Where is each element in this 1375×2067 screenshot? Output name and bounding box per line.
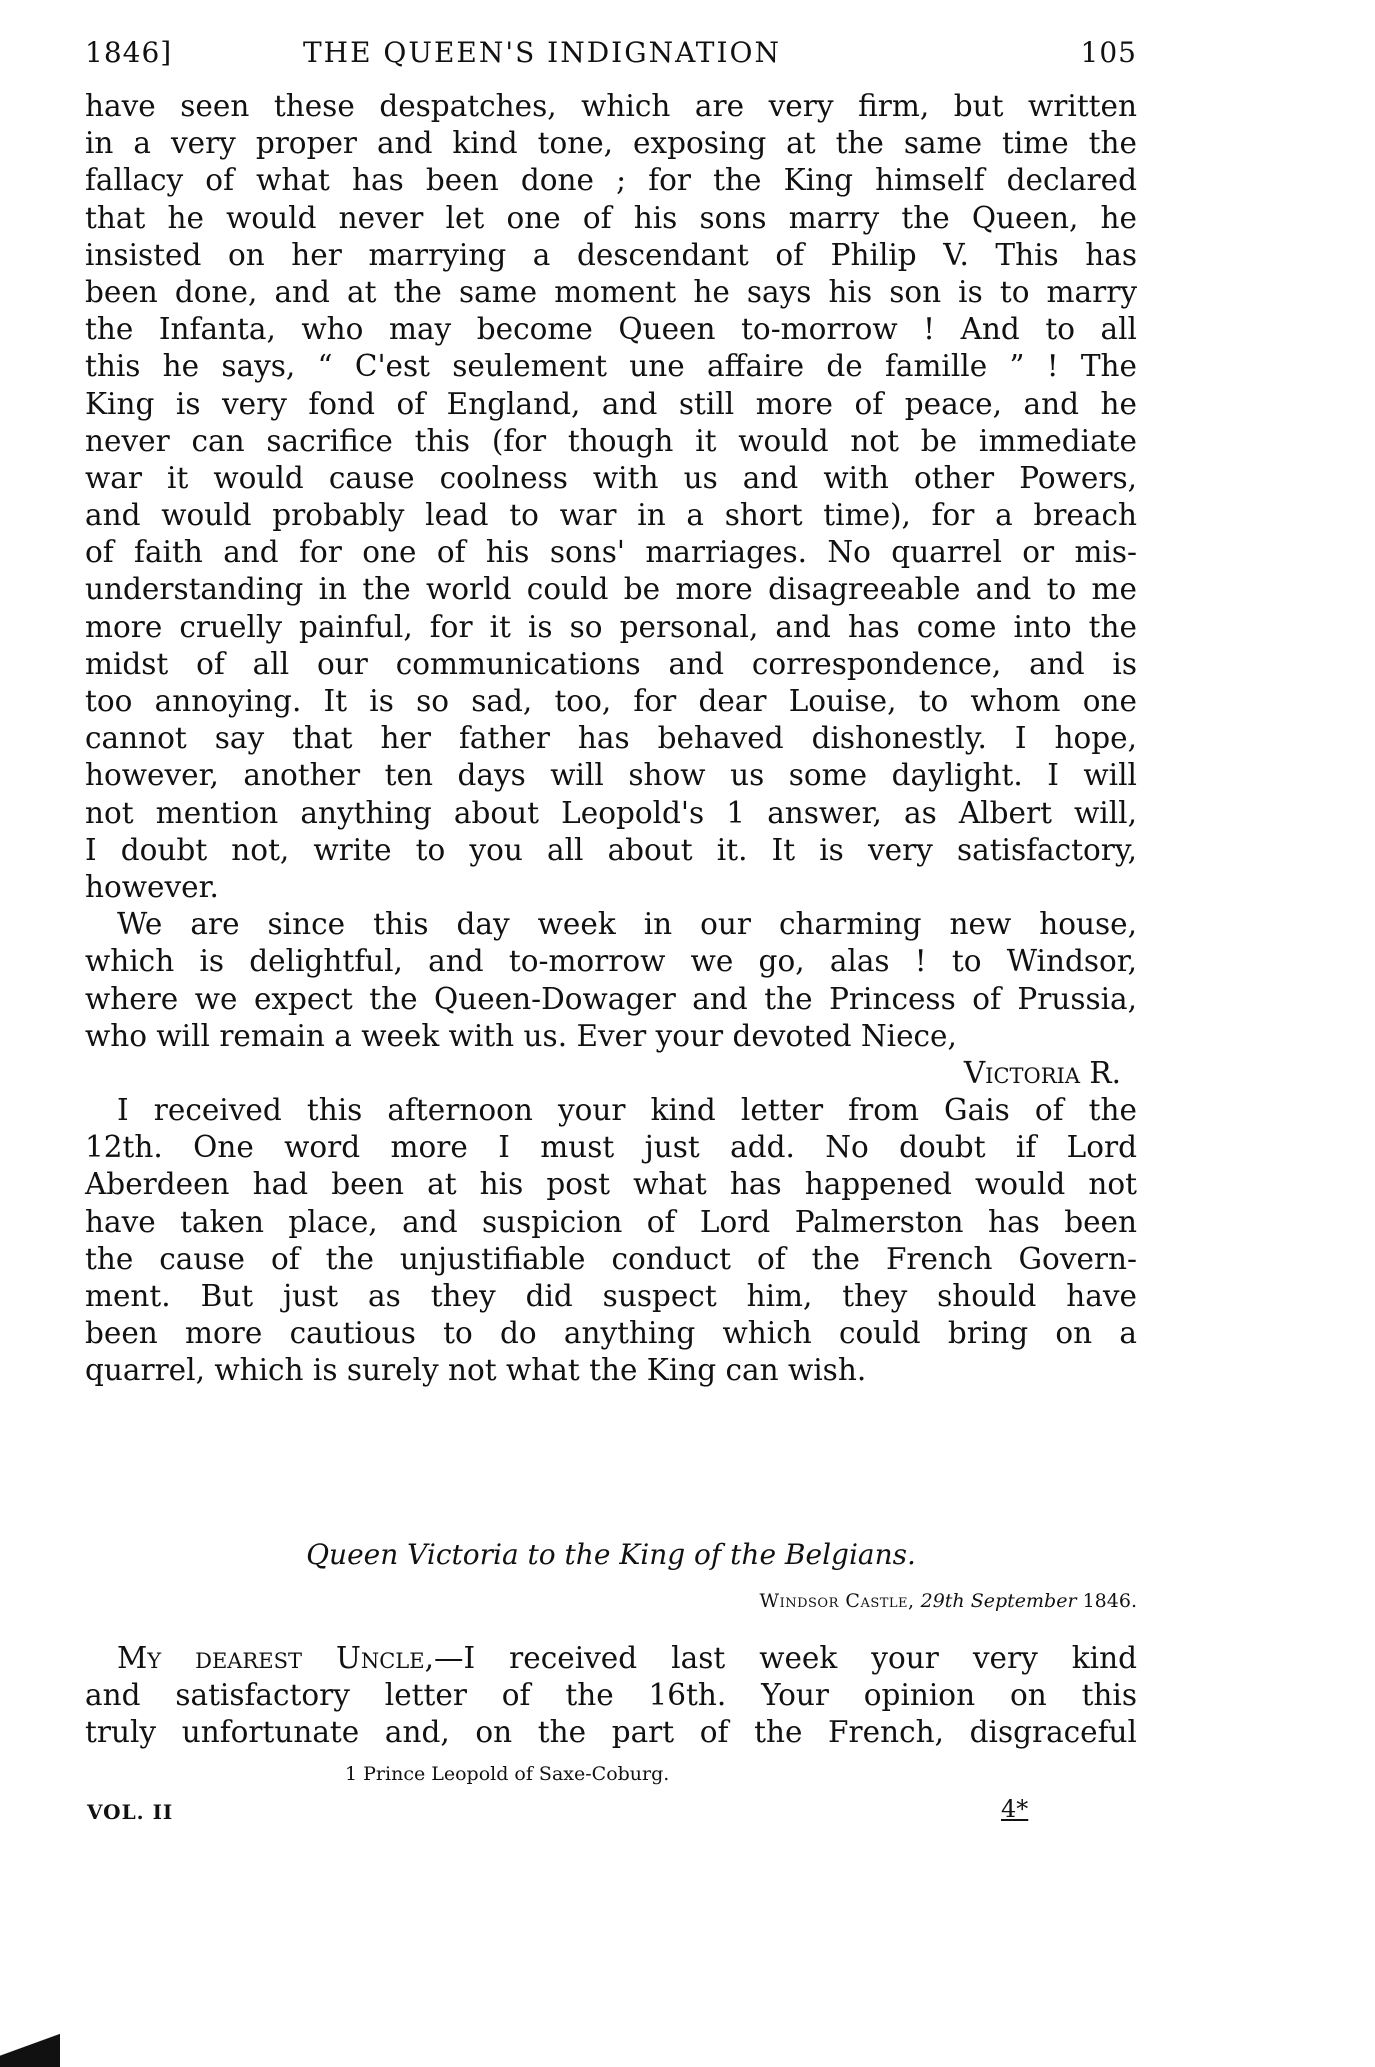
text-line: however, another ten days will show us s… — [85, 757, 1137, 794]
dateline-year: 1846. — [1083, 1590, 1137, 1612]
text-line: been more cautious to do anything which … — [85, 1315, 1137, 1352]
header-year: 1846] — [85, 36, 172, 69]
text-line: not mention anything about Leopold's 1 a… — [85, 795, 1137, 832]
text-line: insisted on her marrying a descendant of… — [85, 237, 1137, 274]
text-line: which is delightful, and to-morrow we go… — [85, 943, 1137, 980]
text-line: ment. But just as they did suspect him, … — [85, 1278, 1137, 1315]
scan-artifact — [0, 2019, 60, 2067]
text-line: King is very fond of England, and still … — [85, 386, 1137, 423]
text-line: however. — [85, 869, 1137, 906]
text-line: truly unfortunate and, on the part of th… — [85, 1714, 1137, 1751]
text-line: in a very proper and kind tone, exposing… — [85, 125, 1137, 162]
header-title: THE QUEEN'S INDIGNATION — [303, 36, 781, 69]
text-line: more cruelly painful, for it is so perso… — [85, 609, 1137, 646]
text-line: war it would cause coolness with us and … — [85, 460, 1137, 497]
text-line: of faith and for one of his sons' marria… — [85, 534, 1137, 571]
text-line: never can sacrifice this (for though it … — [85, 423, 1137, 460]
text-line: who will remain a week with us. Ever you… — [85, 1018, 1137, 1055]
text-line: too annoying. It is so sad, too, for dea… — [85, 683, 1137, 720]
letter-two-body: My dearest Uncle,—I received last week y… — [85, 1640, 1137, 1752]
text-line: and satisfactory letter of the 16th. You… — [85, 1677, 1137, 1714]
text-line: My dearest Uncle,—I received last week y… — [85, 1640, 1137, 1677]
text-line: have taken place, and suspicion of Lord … — [85, 1204, 1137, 1241]
text-line: been done, and at the same moment he say… — [85, 274, 1137, 311]
dateline-day: 29th — [921, 1590, 965, 1612]
text-line: cannot say that her father has behaved d… — [85, 720, 1137, 757]
text-line: quarrel, which is surely not what the Ki… — [85, 1352, 1137, 1389]
letter-heading: Queen Victoria to the King of the Belgia… — [85, 1538, 1137, 1571]
dateline-month: September — [971, 1590, 1077, 1612]
text-line: that he would never let one of his sons … — [85, 200, 1137, 237]
text-line: have seen these despatches, which are ve… — [85, 88, 1137, 125]
text-line: understanding in the world could be more… — [85, 571, 1137, 608]
text-line: Aberdeen had been at his post what has h… — [85, 1166, 1137, 1203]
text-line: I received this afternoon your kind lett… — [85, 1092, 1137, 1129]
text-line: midst of all our communications and corr… — [85, 646, 1137, 683]
dateline-place: Windsor Castle, — [760, 1590, 915, 1612]
salutation: My dearest Uncle, — [117, 1641, 434, 1675]
footnote-marker: 1 — [345, 1763, 357, 1785]
dateline: Windsor Castle, 29th September 1846. — [760, 1590, 1137, 1612]
text-line: the Infanta, who may become Queen to-mor… — [85, 311, 1137, 348]
footnote: 1 Prince Leopold of Saxe-Coburg. — [345, 1763, 669, 1785]
text-line: where we expect the Queen-Dowager and th… — [85, 981, 1137, 1018]
text-fragment: —I received last week your very kind — [434, 1641, 1137, 1675]
signature-mark: 4* — [1001, 1795, 1028, 1823]
text-line: and would probably lead to war in a shor… — [85, 497, 1137, 534]
signature: Victoria R. — [85, 1055, 1137, 1092]
text-line: 12th. One word more I must just add. No … — [85, 1129, 1137, 1166]
text-line: fallacy of what has been done ; for the … — [85, 162, 1137, 199]
text-line: I doubt not, write to you all about it. … — [85, 832, 1137, 869]
text-line: the cause of the unjustifiable conduct o… — [85, 1241, 1137, 1278]
letter-body: have seen these despatches, which are ve… — [85, 88, 1137, 1390]
page-number: 105 — [1081, 36, 1137, 69]
volume-label: VOL. II — [87, 1800, 173, 1824]
running-header: 1846] THE QUEEN'S INDIGNATION 105 — [85, 36, 1137, 76]
footnote-text: Prince Leopold of Saxe-Coburg. — [363, 1763, 669, 1785]
text-line: We are since this day week in our charmi… — [85, 906, 1137, 943]
text-line: this he says, “ C'est seulement une affa… — [85, 348, 1137, 385]
